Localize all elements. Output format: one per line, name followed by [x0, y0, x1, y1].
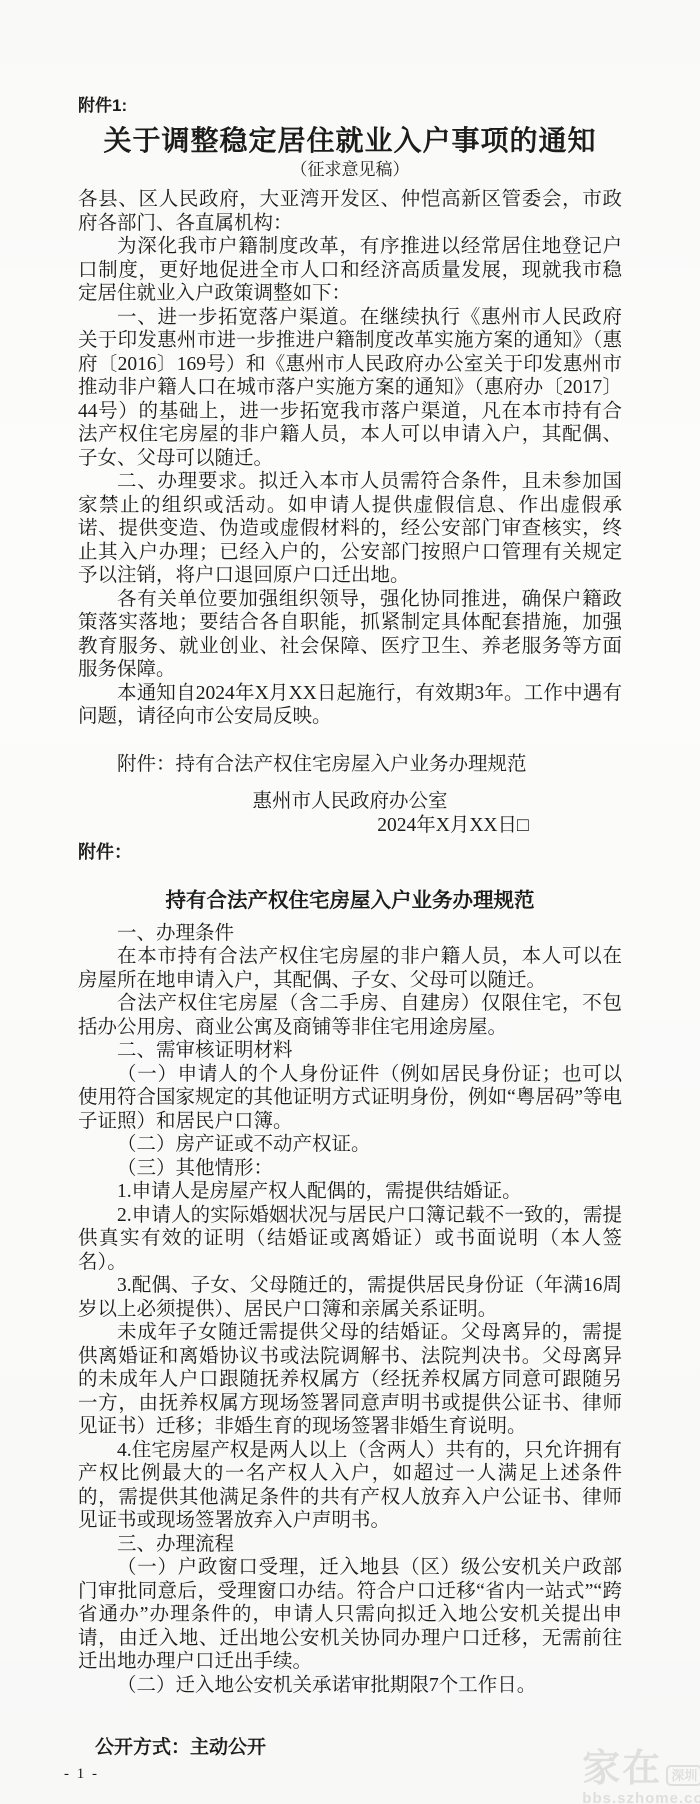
watermark-badge: 深圳 — [666, 1765, 700, 1786]
notice-paragraph: 为深化我市户籍制度改革，有序推进以经常居住地登记户口制度，更好地促进全市人口和经… — [78, 235, 622, 306]
annex-label: 附件： — [78, 841, 622, 865]
issuing-office: 惠州市人民政府办公室 — [78, 790, 622, 814]
annex-paragraph: 1.申请人是房屋产权人配偶的，需提供结婚证。 — [78, 1180, 622, 1204]
notice-attachment-line: 附件：持有合法产权住宅房屋入户业务办理规范 — [78, 753, 622, 777]
notice-paragraph: 各有关单位要加强组织领导，强化协同推进，确保户籍政策落实落地；要结合各自职能，抓… — [78, 588, 622, 682]
annex-paragraph: （一）申请人的个人身份证件（例如居民身份证；也可以使用符合国家规定的其他证明方式… — [78, 1063, 622, 1134]
issue-date: 2024年X月XX日□ — [181, 814, 700, 838]
signature-block: 惠州市人民政府办公室 2024年X月XX日□ — [78, 790, 622, 837]
section-heading: 二、需审核证明材料 — [78, 1039, 622, 1063]
notice-paragraph: 二、办理要求。拟迁入本市人员需符合条件，且未参加国家禁止的组织或活动。如申请人提… — [78, 470, 622, 588]
notice-subtitle: （征求意见稿） — [0, 159, 700, 181]
notice-paragraph: 本通知自2024年X月XX日起施行，有效期3年。工作中遇有问题，请径向市公安局反… — [78, 682, 622, 729]
annex-paragraph: 合法产权住宅房屋（含二手房、自建房）仅限住宅，不包括办公用房、商业公寓及商铺等非… — [78, 992, 622, 1039]
notice-salutation: 各县、区人民政府，大亚湾开发区、仲恺高新区管委会，市政府各部门、各直属机构： — [78, 188, 622, 235]
notice-paragraph: 一、进一步拓宽落户渠道。在继续执行《惠州市人民政府关于印发惠州市进一步推进户籍制… — [78, 306, 622, 471]
annex-paragraph: 2.申请人的实际婚姻状况与居民户口簿记载不一致的，需提供真实有效的证明（结婚证或… — [78, 1204, 622, 1275]
watermark-site-url: bbs.szhome.com — [582, 1791, 700, 1804]
annex-paragraph: （二）迁入地公安机关承诺审批期限7个工作日。 — [78, 1674, 622, 1698]
annex-paragraph: （二）房产证或不动产权证。 — [78, 1133, 622, 1157]
annex-title: 持有合法产权住宅房屋入户业务办理规范 — [78, 888, 622, 914]
annex-paragraph: （三）其他情形： — [78, 1157, 622, 1181]
disclosure-method: 公开方式：主动公开 — [95, 1736, 266, 1759]
annex-paragraph: 4.住宅房屋产权是两人以上（含两人）共有的，只允许拥有产权比例最大的一名产权人入… — [78, 1439, 622, 1533]
page-number: - 1 - — [64, 1765, 99, 1783]
szhome-watermark: 家在 深圳 bbs.szhome.com — [582, 1750, 700, 1804]
annex-paragraph: 在本市持有合法产权住宅房屋的非户籍人员，本人可以在房屋所在地申请入户，其配偶、子… — [78, 945, 622, 992]
annex-paragraph: 未成年子女随迁需提供父母的结婚证。父母离异的，需提供离婚证和离婚协议书或法院调解… — [78, 1321, 622, 1439]
scanned-document-page: 附件1: 关于调整稳定居住就业入户事项的通知 （征求意见稿） 各县、区人民政府，… — [0, 0, 700, 1804]
attachment-number-label: 附件1: — [78, 96, 700, 116]
annex-body: 一、办理条件 在本市持有合法产权住宅房屋的非户籍人员，本人可以在房屋所在地申请入… — [78, 922, 622, 1698]
section-heading: 三、办理流程 — [78, 1533, 622, 1557]
watermark-main-text: 家在 — [582, 1750, 662, 1788]
annex-paragraph: （一）户政窗口受理，迁入地县（区）级公安机关户政部门审批同意后，受理窗口办结。符… — [78, 1556, 622, 1674]
notice-title: 关于调整稳定居住就业入户事项的通知 — [40, 125, 660, 159]
notice-body: 各县、区人民政府，大亚湾开发区、仲恺高新区管委会，市政府各部门、各直属机构： 为… — [78, 188, 622, 1697]
section-heading: 一、办理条件 — [78, 922, 622, 946]
annex-paragraph: 3.配偶、子女、父母随迁的，需提供居民身份证（年满16周岁以上必须提供）、居民户… — [78, 1274, 622, 1321]
